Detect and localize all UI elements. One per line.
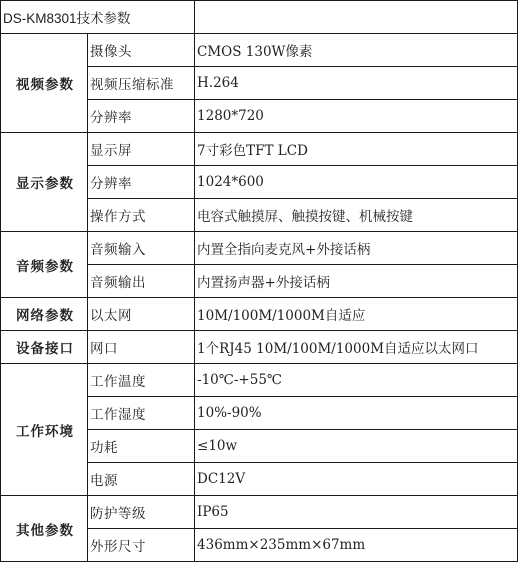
param-label: 功耗 [88, 430, 195, 463]
param-value: 电容式触摸屏、触摸按键、机械按键 [195, 199, 518, 232]
table-row: 音频参数 音频输入 内置全指向麦克风+外接话柄 [1, 232, 518, 265]
param-label: 音频输入 [88, 232, 195, 265]
param-value: IP65 [195, 496, 518, 529]
param-label: 网口 [88, 331, 195, 364]
param-label: 工作湿度 [88, 397, 195, 430]
param-value: CMOS 130W像素 [195, 34, 518, 67]
table-row: 显示参数 显示屏 7寸彩色TFT LCD [1, 133, 518, 166]
group-label-audio: 音频参数 [1, 232, 88, 298]
param-label: 操作方式 [88, 199, 195, 232]
param-value: ≤10w [195, 430, 518, 463]
param-value: 1280*720 [195, 100, 518, 133]
group-label-video: 视频参数 [1, 34, 88, 133]
param-value: -10℃-+55℃ [195, 364, 518, 397]
group-label-interface: 设备接口 [1, 331, 88, 364]
param-value: 436mm×235mm×67mm [195, 529, 518, 562]
title-empty-cell [195, 1, 518, 34]
param-label: 摄像头 [88, 34, 195, 67]
group-label-network: 网络参数 [1, 298, 88, 331]
param-label: 外形尺寸 [88, 529, 195, 562]
table-row: 网络参数 以太网 10M/100M/1000M自适应 [1, 298, 518, 331]
group-label-other: 其他参数 [1, 496, 88, 562]
param-label: 视频压缩标准 [88, 67, 195, 100]
table-row: 设备接口 网口 1个RJ45 10M/100M/1000M自适应以太网口 [1, 331, 518, 364]
title-row: DS-KM8301技术参数 [1, 1, 518, 34]
param-label: 音频输出 [88, 265, 195, 298]
param-value: 7寸彩色TFT LCD [195, 133, 518, 166]
param-value: 1024*600 [195, 166, 518, 199]
param-label: 工作温度 [88, 364, 195, 397]
param-value: 10%-90% [195, 397, 518, 430]
param-label: 显示屏 [88, 133, 195, 166]
param-label: 以太网 [88, 298, 195, 331]
param-value: 内置全指向麦克风+外接话柄 [195, 232, 518, 265]
table-row: 视频参数 摄像头 CMOS 130W像素 [1, 34, 518, 67]
table-row: 工作环境 工作温度 -10℃-+55℃ [1, 364, 518, 397]
param-label: 分辨率 [88, 100, 195, 133]
table-row: 其他参数 防护等级 IP65 [1, 496, 518, 529]
table-title: DS-KM8301技术参数 [1, 1, 195, 34]
group-label-environment: 工作环境 [1, 364, 88, 496]
param-label: 电源 [88, 463, 195, 496]
spec-table: DS-KM8301技术参数 视频参数 摄像头 CMOS 130W像素 视频压缩标… [0, 0, 518, 562]
group-label-display: 显示参数 [1, 133, 88, 232]
param-label: 分辨率 [88, 166, 195, 199]
param-value: 内置扬声器+外接话柄 [195, 265, 518, 298]
param-value: 10M/100M/1000M自适应 [195, 298, 518, 331]
param-value: DC12V [195, 463, 518, 496]
param-value: H.264 [195, 67, 518, 100]
param-label: 防护等级 [88, 496, 195, 529]
param-value: 1个RJ45 10M/100M/1000M自适应以太网口 [195, 331, 518, 364]
